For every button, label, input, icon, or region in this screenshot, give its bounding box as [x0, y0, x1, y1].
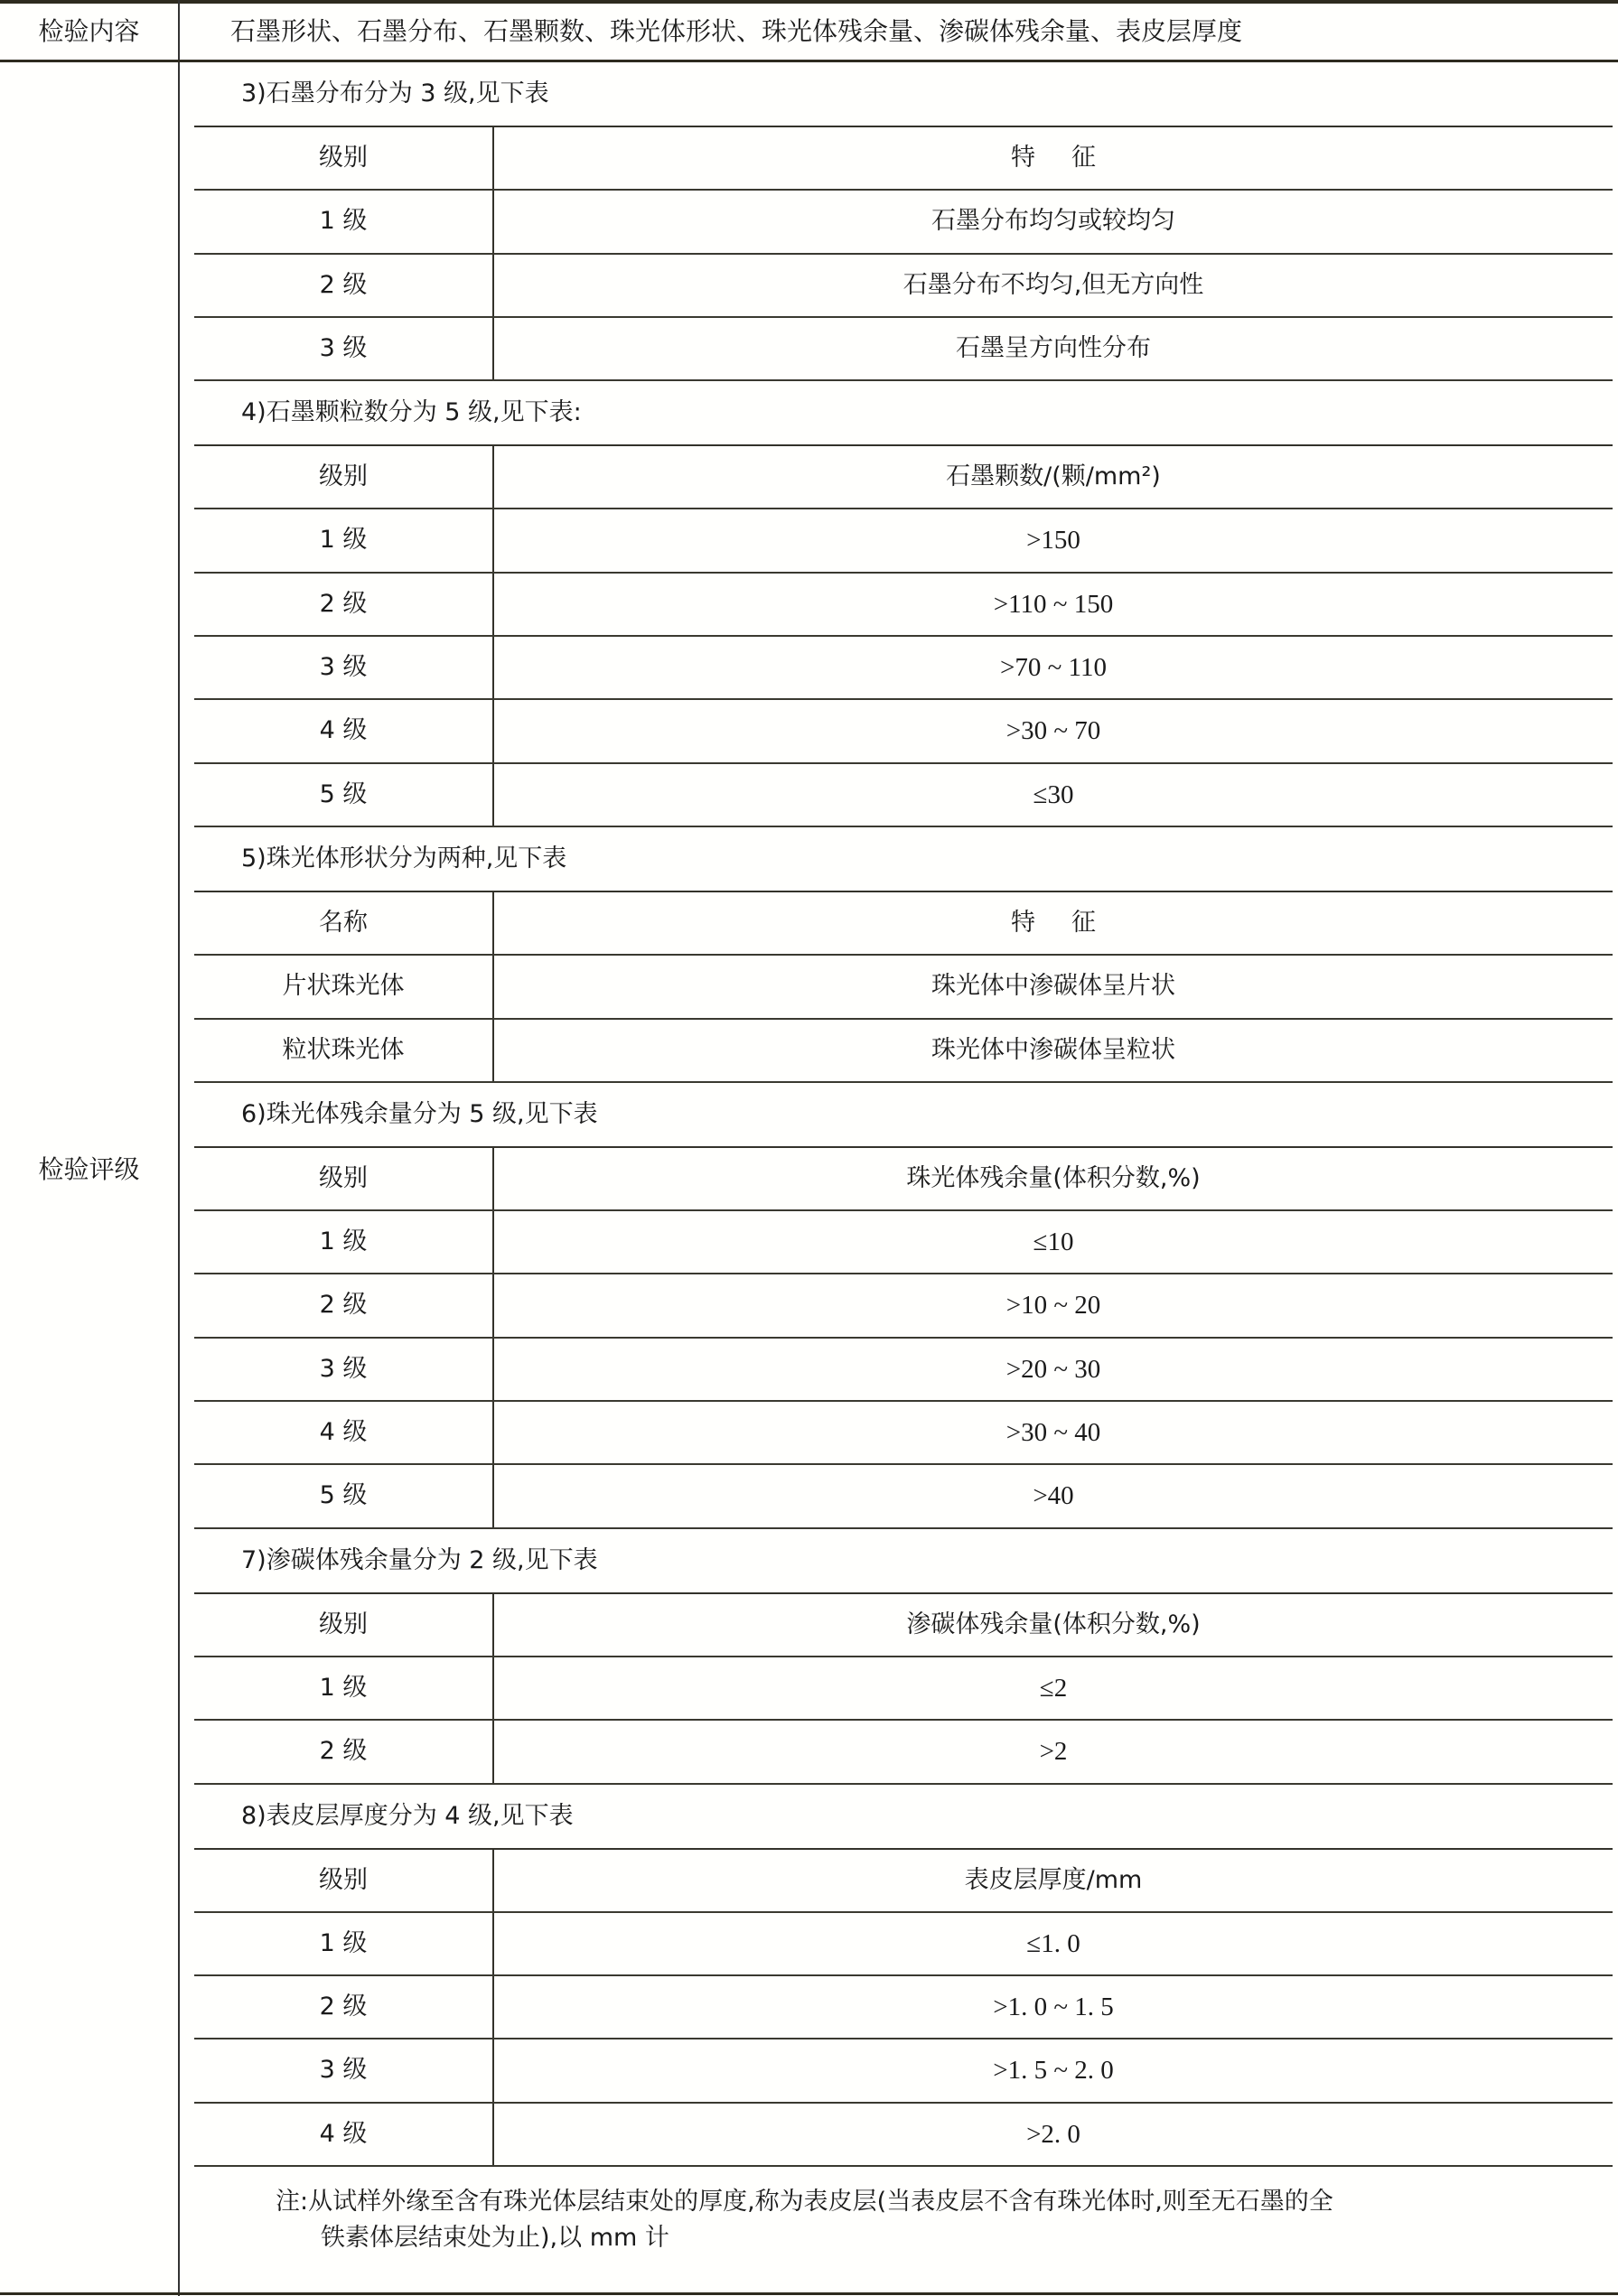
value-cell: 珠光体中渗碳体呈片状	[494, 956, 1613, 1017]
table-row: 2 级 >10 ~ 20	[194, 1274, 1613, 1338]
grade-table: 级别 特征 1 级 石墨分布均匀或较均匀 2 级 石墨分布不均匀,但无方向性 3…	[194, 126, 1613, 381]
grade-cell: 2 级	[194, 574, 494, 635]
section-title: 4)石墨颗粒数分为 5 级,见下表:	[194, 381, 1613, 444]
name-cell: 片状珠光体	[194, 956, 494, 1017]
value-cell: >30 ~ 40	[494, 1402, 1613, 1463]
column-header: 名称	[194, 892, 494, 954]
section-title: 7)渗碳体残余量分为 2 级,见下表	[194, 1529, 1613, 1592]
column-header: 特征	[494, 892, 1613, 954]
value-cell: >40	[494, 1465, 1613, 1526]
value-cell: ≤30	[494, 764, 1613, 826]
bottom-border	[0, 2292, 1618, 2295]
grade-cell: 2 级	[194, 255, 494, 316]
grade-cell: 3 级	[194, 2039, 494, 2101]
table-row: 2 级 >110 ~ 150	[194, 574, 1613, 637]
table-row: 4 级 >30 ~ 40	[194, 1402, 1613, 1465]
grade-table: 级别 表皮层厚度/mm 1 级 ≤1. 0 2 级 >1. 0 ~ 1. 5 3…	[194, 1848, 1613, 2167]
footnote-line-1: 注:从试样外缘至含有珠光体层结束处的厚度,称为表皮层(当表皮层不含有珠光体时,则…	[276, 2188, 1333, 2216]
grade-table: 级别 渗碳体残余量(体积分数,%) 1 级 ≤2 2 级 >2	[194, 1592, 1613, 1785]
table-row: 2 级 >1. 0 ~ 1. 5	[194, 1976, 1613, 2039]
table-row: 5 级 >40	[194, 1465, 1613, 1526]
section-cementite-residual: 7)渗碳体残余量分为 2 级,见下表 级别 渗碳体残余量(体积分数,%) 1 级…	[194, 1529, 1613, 1785]
table-row: 片状珠光体 珠光体中渗碳体呈片状	[194, 956, 1613, 1019]
table-header-row: 级别 渗碳体残余量(体积分数,%)	[194, 1594, 1613, 1657]
grade-cell: 4 级	[194, 2104, 494, 2165]
section-pearlite-shape: 5)珠光体形状分为两种,见下表 名称 特征 片状珠光体 珠光体中渗碳体呈片状 粒…	[194, 827, 1613, 1083]
table-row: 1 级 ≤1. 0	[194, 1913, 1613, 1976]
footnote-line-2: 铁素体层结束处为止),以 mm 计	[276, 2220, 1604, 2256]
section-skin-thickness: 8)表皮层厚度分为 4 级,见下表 级别 表皮层厚度/mm 1 级 ≤1. 0 …	[194, 1785, 1613, 2167]
value-cell: >150	[494, 509, 1613, 571]
grade-cell: 1 级	[194, 509, 494, 571]
grading-label: 检验评级	[0, 1138, 178, 1201]
table-row: 3 级 石墨呈方向性分布	[194, 318, 1613, 379]
table-row: 1 级 >150	[194, 509, 1613, 573]
section-graphite-distribution: 3)石墨分布分为 3 级,见下表 级别 特征 1 级 石墨分布均匀或较均匀 2 …	[194, 62, 1613, 381]
header-row: 检验内容 石墨形状、石墨分布、石墨颗数、珠光体形状、珠光体残余量、渗碳体残余量、…	[0, 4, 1618, 60]
grade-cell: 3 级	[194, 1339, 494, 1400]
value-cell: 石墨分布均匀或较均匀	[494, 191, 1613, 252]
value-cell: >70 ~ 110	[494, 637, 1613, 698]
column-header: 珠光体残余量(体积分数,%)	[494, 1148, 1613, 1209]
grade-table: 名称 特征 片状珠光体 珠光体中渗碳体呈片状 粒状珠光体 珠光体中渗碳体呈粒状	[194, 891, 1613, 1083]
table-row: 1 级 ≤2	[194, 1657, 1613, 1721]
column-divider	[178, 0, 180, 2296]
table-header-row: 名称 特征	[194, 892, 1613, 956]
section-title: 8)表皮层厚度分为 4 级,见下表	[194, 1785, 1613, 1848]
value-cell: >20 ~ 30	[494, 1339, 1613, 1400]
value-cell: ≤10	[494, 1211, 1613, 1273]
grade-cell: 1 级	[194, 191, 494, 252]
table-row: 1 级 ≤10	[194, 1211, 1613, 1274]
table-row: 3 级 >1. 5 ~ 2. 0	[194, 2039, 1613, 2103]
value-cell: 珠光体中渗碳体呈粒状	[494, 1020, 1613, 1081]
section-graphite-count: 4)石墨颗粒数分为 5 级,见下表: 级别 石墨颗数/(颗/mm²) 1 级 >…	[194, 381, 1613, 827]
value-cell: >2	[494, 1721, 1613, 1782]
grade-cell: 1 级	[194, 1657, 494, 1719]
grade-cell: 4 级	[194, 700, 494, 761]
table-header-row: 级别 珠光体残余量(体积分数,%)	[194, 1148, 1613, 1211]
header-label: 检验内容	[0, 4, 178, 60]
value-cell: >30 ~ 70	[494, 700, 1613, 761]
table-row: 2 级 >2	[194, 1721, 1613, 1782]
value-cell: >1. 0 ~ 1. 5	[494, 1976, 1613, 2038]
table-row: 2 级 石墨分布不均匀,但无方向性	[194, 255, 1613, 318]
column-header: 表皮层厚度/mm	[494, 1850, 1613, 1911]
header-content: 石墨形状、石墨分布、石墨颗数、珠光体形状、珠光体残余量、渗碳体残余量、表皮层厚度	[230, 4, 1242, 60]
table-header-row: 级别 特征	[194, 127, 1613, 191]
section-title: 5)珠光体形状分为两种,见下表	[194, 827, 1613, 891]
column-header: 石墨颗数/(颗/mm²)	[494, 446, 1613, 508]
grade-cell: 5 级	[194, 1465, 494, 1526]
value-cell: 石墨分布不均匀,但无方向性	[494, 255, 1613, 316]
inspection-standard-page: 检验内容 石墨形状、石墨分布、石墨颗数、珠光体形状、珠光体残余量、渗碳体残余量、…	[0, 0, 1618, 2296]
grade-cell: 2 级	[194, 1274, 494, 1336]
table-header-row: 级别 石墨颗数/(颗/mm²)	[194, 446, 1613, 509]
column-header: 级别	[194, 446, 494, 508]
value-cell: >2. 0	[494, 2104, 1613, 2165]
section-title: 6)珠光体残余量分为 5 级,见下表	[194, 1083, 1613, 1146]
table-row: 5 级 ≤30	[194, 764, 1613, 826]
column-header: 级别	[194, 1850, 494, 1911]
column-header: 特征	[494, 127, 1613, 189]
table-row: 4 级 >30 ~ 70	[194, 700, 1613, 763]
grade-table: 级别 珠光体残余量(体积分数,%) 1 级 ≤10 2 级 >10 ~ 20 3…	[194, 1146, 1613, 1529]
column-header: 渗碳体残余量(体积分数,%)	[494, 1594, 1613, 1656]
table-row: 3 级 >70 ~ 110	[194, 637, 1613, 700]
section-title: 3)石墨分布分为 3 级,见下表	[194, 62, 1613, 126]
grade-cell: 3 级	[194, 637, 494, 698]
column-header: 级别	[194, 1594, 494, 1656]
value-cell: >10 ~ 20	[494, 1274, 1613, 1336]
grade-cell: 1 级	[194, 1913, 494, 1974]
footnote: 注:从试样外缘至含有珠光体层结束处的厚度,称为表皮层(当表皮层不含有珠光体时,则…	[276, 2184, 1604, 2256]
table-row: 4 级 >2. 0	[194, 2104, 1613, 2165]
table-row: 1 级 石墨分布均匀或较均匀	[194, 191, 1613, 254]
column-header: 级别	[194, 1148, 494, 1209]
section-pearlite-residual: 6)珠光体残余量分为 5 级,见下表 级别 珠光体残余量(体积分数,%) 1 级…	[194, 1083, 1613, 1529]
grading-content: 3)石墨分布分为 3 级,见下表 级别 特征 1 级 石墨分布均匀或较均匀 2 …	[194, 62, 1613, 2167]
grade-cell: 2 级	[194, 1721, 494, 1782]
table-header-row: 级别 表皮层厚度/mm	[194, 1850, 1613, 1913]
grade-cell: 3 级	[194, 318, 494, 379]
grade-cell: 2 级	[194, 1976, 494, 2038]
name-cell: 粒状珠光体	[194, 1020, 494, 1081]
value-cell: ≤2	[494, 1657, 1613, 1719]
table-row: 3 级 >20 ~ 30	[194, 1339, 1613, 1402]
grade-cell: 1 级	[194, 1211, 494, 1273]
grade-cell: 4 级	[194, 1402, 494, 1463]
value-cell: >1. 5 ~ 2. 0	[494, 2039, 1613, 2101]
grade-table: 级别 石墨颗数/(颗/mm²) 1 级 >150 2 级 >110 ~ 150 …	[194, 444, 1613, 827]
value-cell: 石墨呈方向性分布	[494, 318, 1613, 379]
value-cell: >110 ~ 150	[494, 574, 1613, 635]
grade-cell: 5 级	[194, 764, 494, 826]
value-cell: ≤1. 0	[494, 1913, 1613, 1974]
column-header: 级别	[194, 127, 494, 189]
table-row: 粒状珠光体 珠光体中渗碳体呈粒状	[194, 1020, 1613, 1081]
